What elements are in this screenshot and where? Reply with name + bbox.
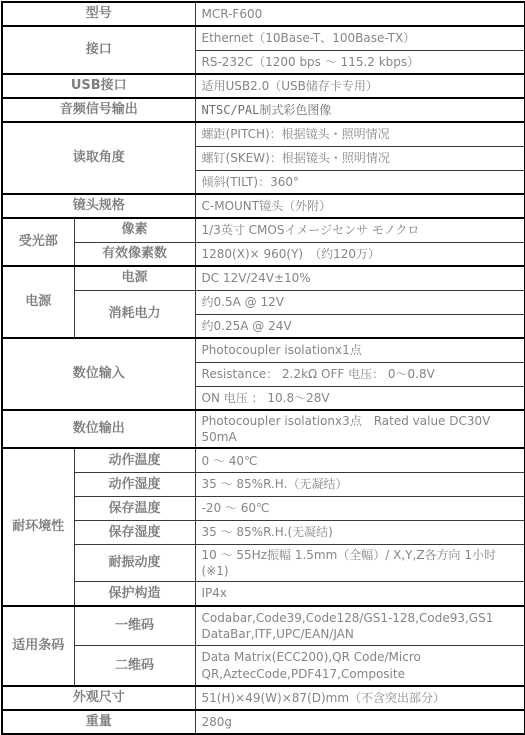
lens-value: C-MOUNT镜头（外附）: [195, 194, 525, 218]
reading-angle-pitch: 螺距(PITCH)：根据镜头・照明情况: [195, 122, 525, 146]
model-label: 型号: [2, 2, 195, 26]
power-source-value: DC 12V/24V±10%: [195, 266, 525, 290]
lens-label: 镜头规格: [2, 194, 195, 218]
barcode-1d-label: 一维码: [74, 606, 195, 646]
digital-output-value: Photocoupler isolationx3点 Rated value DC…: [195, 410, 525, 448]
video-output-value: NTSC/PAL制式彩色图像: [195, 98, 525, 122]
row-barcode: 适用条码 一维码 Codabar,Code39,Code128/GS1-128,…: [2, 606, 525, 646]
power-source-label: 电源: [74, 266, 195, 290]
row-power: 电源 电源 DC 12V/24V±10%: [2, 266, 525, 290]
reading-angle-skew: 螺钉(SKEW)：根据镜头・照明情况: [195, 146, 525, 170]
reading-angle-tilt: 倾斜(TILT)：360°: [195, 170, 525, 194]
sensor-pixel-value: 1/3英寸 CMOSイメージセンサ モノクロ: [195, 218, 525, 242]
power-consumption-label: 消耗电力: [74, 290, 195, 338]
digital-input-label: 数位输入: [2, 338, 195, 410]
row-interface: 接口 Ethernet（10Base-T、100Base-TX）: [2, 26, 525, 50]
interface-value-ethernet: Ethernet（10Base-T、100Base-TX）: [195, 26, 525, 50]
usb-label: USB接口: [2, 74, 195, 98]
sensor-pixel-label: 像素: [74, 218, 195, 242]
dimensions-value: 51(H)×49(W)×87(D)mm（不含突出部分）: [195, 686, 525, 710]
env-storage-humidity-label: 保存湿度: [74, 520, 195, 544]
power-consumption-24v: 约0.25A @ 24V: [195, 314, 525, 338]
power-consumption-12v: 约0.5A @ 12V: [195, 290, 525, 314]
digital-input-on-voltage: ON 电压 ： 10.8～28V: [195, 386, 525, 410]
usb-value: 适用USB2.0（USB储存卡专用）: [195, 74, 525, 98]
env-op-temp-label: 动作温度: [74, 448, 195, 472]
row-model: 型号 MCR-F600: [2, 2, 525, 26]
weight-label: 重量: [2, 710, 195, 734]
env-op-temp-value: 0 ～ 40℃: [195, 448, 525, 472]
sensor-effective-label: 有效像素数: [74, 242, 195, 266]
env-protection-value: IP4x: [195, 582, 525, 606]
digital-input-photocoupler: Photocoupler isolationx1点: [195, 338, 525, 362]
env-protection-label: 保护构造: [74, 582, 195, 606]
interface-label: 接口: [2, 26, 195, 74]
interface-value-rs232c: RS-232C（1200 bps ～ 115.2 kbps）: [195, 50, 525, 74]
spec-table: 型号 MCR-F600 接口 Ethernet（10Base-T、100Base…: [1, 1, 525, 735]
video-output-label: 音频信号输出: [2, 98, 195, 122]
row-usb: USB接口 适用USB2.0（USB储存卡专用）: [2, 74, 525, 98]
row-reading-angle: 读取角度 螺距(PITCH)：根据镜头・照明情况: [2, 122, 525, 146]
env-storage-temp-value: -20 ～ 60℃: [195, 496, 525, 520]
env-vibration-value: 10 ～ 55Hz振幅 1.5mm（全幅）/ X,Y,Z各方向 1小时(※1): [195, 544, 525, 581]
dimensions-label: 外观尺寸: [2, 686, 195, 710]
digital-input-resistance: Resistance： 2.2kΩ OFF 电压： 0～0.8V: [195, 362, 525, 386]
sensor-group-label: 受光部: [2, 218, 74, 266]
row-digital-output: 数位输出 Photocoupler isolationx3点 Rated val…: [2, 410, 525, 448]
power-group-label: 电源: [2, 266, 74, 338]
env-vibration-label: 耐振动度: [74, 544, 195, 581]
env-storage-temp-label: 保存温度: [74, 496, 195, 520]
row-weight: 重量 280g: [2, 710, 525, 734]
sensor-effective-value: 1280(X)× 960(Y) （约120万）: [195, 242, 525, 266]
row-video-output: 音频信号输出 NTSC/PAL制式彩色图像: [2, 98, 525, 122]
barcode-group-label: 适用条码: [2, 606, 74, 686]
reading-angle-label: 读取角度: [2, 122, 195, 194]
env-op-humidity-value: 35 ～ 85%R.H.（无凝结）: [195, 472, 525, 496]
barcode-2d-label: 二维码: [74, 646, 195, 686]
env-op-humidity-label: 动作湿度: [74, 472, 195, 496]
row-environment: 耐环境性 动作温度 0 ～ 40℃: [2, 448, 525, 472]
row-sensor: 受光部 像素 1/3英寸 CMOSイメージセンサ モノクロ: [2, 218, 525, 242]
environment-group-label: 耐环境性: [2, 448, 74, 605]
row-lens: 镜头规格 C-MOUNT镜头（外附）: [2, 194, 525, 218]
row-dimensions: 外观尺寸 51(H)×49(W)×87(D)mm（不含突出部分）: [2, 686, 525, 710]
row-digital-input: 数位输入 Photocoupler isolationx1点: [2, 338, 525, 362]
weight-value: 280g: [195, 710, 525, 734]
model-value: MCR-F600: [195, 2, 525, 26]
env-storage-humidity-value: 35 ～ 85%R.H.(无凝结): [195, 520, 525, 544]
barcode-2d-value: Data Matrix(ECC200),QR Code/Micro QR,Azt…: [195, 646, 525, 686]
digital-output-label: 数位输出: [2, 410, 195, 448]
barcode-1d-value: Codabar,Code39,Code128/GS1-128,Code93,GS…: [195, 606, 525, 646]
